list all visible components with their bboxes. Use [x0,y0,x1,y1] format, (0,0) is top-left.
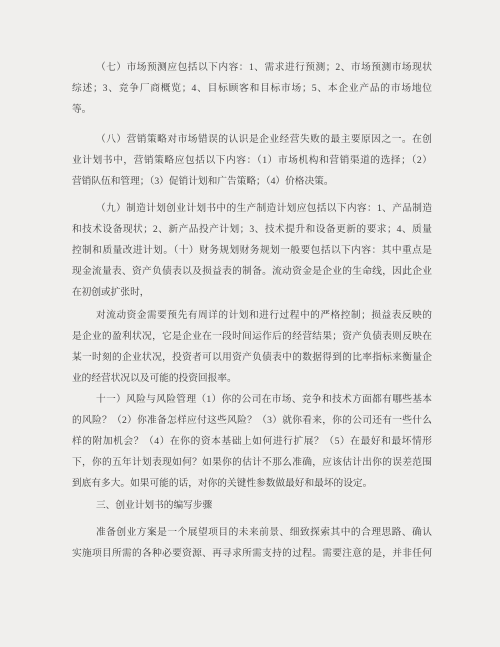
text-line: 业的经营状况以及可能的投资回报率。 [72,368,432,389]
text-line: 十一）风险与风险管理（1）你的公司在市场、竞争和技术方面都有哪些基本 [72,389,432,410]
text-line: 综述；3、竞争厂商概览；4、目标顾客和目标市场；5、本企业产品的市场地位 [72,78,432,99]
text-line: 对流动资金需要预先有周详的计划和进行过程中的严格控制；损益表反映的 [72,305,432,326]
text-line: 样的附加机会？（4）在你的资本基础上如何进行扩展？（5）在最好和最坏情形 [72,431,432,452]
paragraph-working-capital: 对流动资金需要预先有周详的计划和进行过程中的严格控制；损益表反映的 是企业的盈利… [72,305,432,389]
text-line: （九）制造计划创业计划书中的生产制造计划应包括以下内容：1、产品制造 [72,198,432,219]
paragraph-7-market-forecast: （七）市场预测应包括以下内容：1、需求进行预测；2、市场预测市场现状 综述；3、… [72,57,432,120]
document-page: （七）市场预测应包括以下内容：1、需求进行预测；2、市场预测市场现状 综述；3、… [0,0,500,647]
text-line: （七）市场预测应包括以下内容：1、需求进行预测；2、市场预测市场现状 [72,57,432,78]
heading-text: 三、创业计划书的编写步骤 [72,495,432,516]
text-line: 下，你的五年计划表现如何？如果你的估计不那么准确，应该估计出你的误差范围 [72,452,432,473]
text-line: 某一时刻的企业状况，投资者可以用资产负债表中的数据得到的比率指标来衡量企 [72,347,432,368]
document-text-block: （七）市场预测应包括以下内容：1、需求进行预测；2、市场预测市场现状 综述；3、… [72,57,432,564]
section-heading: 三、创业计划书的编写步骤 [72,495,432,516]
text-line: 和技术设备现状；2、新产品投产计划；3、技术提升和设备更新的要求；4、质量 [72,219,432,240]
text-line: 在初创或扩张时， [72,282,432,303]
paragraph-9-manufacturing-10-finance: （九）制造计划创业计划书中的生产制造计划应包括以下内容：1、产品制造 和技术设备… [72,198,432,303]
text-line: 是企业的盈利状况，它是企业在一段时间运作后的经营结果；资产负债表则反映在 [72,326,432,347]
paragraph-8-marketing-strategy: （八）营销策略对市场错误的认识是企业经营失败的最主要原因之一。在创 业计划书中，… [72,129,432,192]
text-line: 业计划书中，营销策略应包括以下内容：（1）市场机构和营销渠道的选择；（2） [72,150,432,171]
text-line: 准备创业方案是一个展望项目的未来前景、细致探索其中的合理思路、确认 [72,522,432,543]
text-line: 到底有多大。如果可能的话，对你的关键性参数做最好和最坏的设定。 [72,473,432,494]
text-line: 的风险？（2）你准备怎样应付这些风险？（3）就你看来，你的公司还有一些什么 [72,410,432,431]
text-line: 现金流量表、资产负债表以及损益表的制备。流动资金是企业的生命线，因此企业 [72,261,432,282]
text-line: 实施项目所需的各种必要资源、再寻求所需支持的过程。需要注意的是，并非任何 [72,543,432,564]
text-line: 等。 [72,99,432,120]
paragraph-11-risk-management: 十一）风险与风险管理（1）你的公司在市场、竞争和技术方面都有哪些基本 的风险？（… [72,389,432,494]
text-line: 营销队伍和管理；（3）促销计划和广告策略；（4）价格决策。 [72,171,432,192]
text-line: 控制和质量改进计划。（十）财务规划财务规划一般要包括以下内容：其中重点是 [72,240,432,261]
text-line: （八）营销策略对市场错误的认识是企业经营失败的最主要原因之一。在创 [72,129,432,150]
paragraph-plan-preparation: 准备创业方案是一个展望项目的未来前景、细致探索其中的合理思路、确认 实施项目所需… [72,522,432,564]
